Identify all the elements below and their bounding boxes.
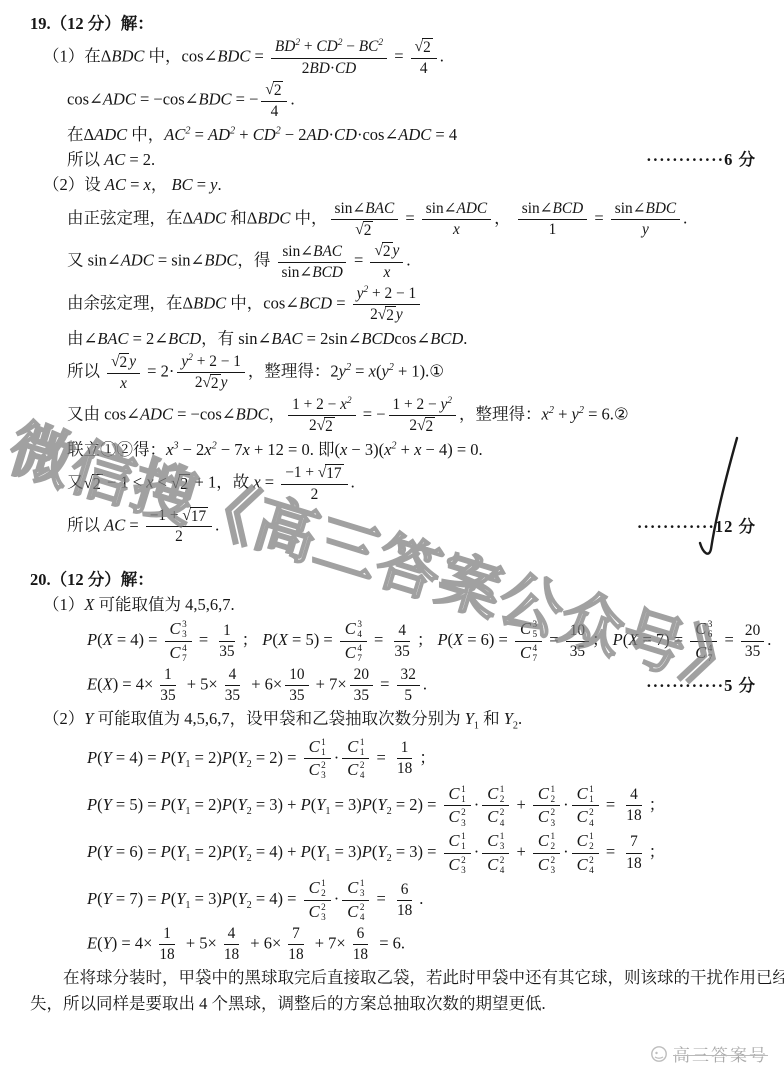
circle-logo-icon: [650, 1045, 668, 1063]
solution-line: （1）X 可能取值为 4,5,6,7.: [30, 594, 756, 616]
solution-line: cos∠ADC = −cos∠BDC = −√24.: [30, 81, 756, 121]
score-marker: ············12 分: [637, 516, 756, 538]
problem-header-line: 19.（12 分）解：: [30, 13, 756, 35]
solution-line: 又√2 − 1 < x < √2 + 1，故 x = −1 + √172.: [30, 464, 756, 504]
solution-line: 所以 √2yx = 2·y2 + 2 − 12√2y，整理得：2y2 = x(y…: [30, 353, 756, 393]
solution-line: P(Y = 6) = P(Y1 = 2)P(Y2 = 4) + P(Y1 = 3…: [30, 831, 756, 875]
solution-line: 失，所以同样是要取出 4 个黑球，调整后的方案总抽取次数的期望更低.: [30, 993, 756, 1015]
solution-line: P(Y = 5) = P(Y1 = 2)P(Y2 = 3) + P(Y1 = 3…: [30, 784, 756, 828]
solution-line: 由∠BAC = 2∠BCD，有 sin∠BAC = 2sin∠BCDcos∠BC…: [30, 328, 756, 350]
solution-line: （2）Y 可能取值为 4,5,6,7，设甲袋和乙袋抽取次数分别为 Y1 和 Y2…: [30, 708, 756, 733]
solution-line: 又 sin∠ADC = sin∠BDC，得 sin∠BACsin∠BCD = √…: [30, 242, 756, 282]
solution-line: P(Y = 7) = P(Y1 = 3)P(Y2 = 4) = C12C23·C…: [30, 878, 756, 922]
solution-line: （2）设 AC = x， BC = y.: [30, 174, 756, 196]
solution-line: 由正弦定理，在ΔADC 和ΔBDC 中，sin∠BAC√2 = sin∠ADCx…: [30, 200, 756, 240]
footer-watermark-text: 高三答案号: [673, 1041, 768, 1066]
solution-line: 又由 cos∠ADC = −cos∠BDC，1 + 2 − x22√2 = −1…: [30, 396, 756, 436]
solution-line: 所以 AC = 2.············6 分: [30, 149, 756, 171]
solution-line: 在ΔADC 中，AC2 = AD2 + CD2 − 2AD·CD·cos∠ADC…: [30, 124, 756, 146]
footer-watermark: 高三答案号: [650, 1041, 768, 1066]
solution-line: 在将球分装时，甲袋中的黑球取完后直接取乙袋，若此时甲袋中还有其它球，则该球的干扰…: [30, 967, 756, 989]
solution-line: （1）在ΔBDC 中，cos∠BDC = BD2 + CD2 − BC22BD·…: [30, 38, 756, 78]
solution-line: 所以 AC = −1 + √172.············12 分: [30, 507, 756, 547]
solution-line: E(X) = 4×135 + 5×435 + 6×1035 + 7×2035 =…: [30, 666, 756, 705]
score-marker: ············5 分: [646, 675, 756, 697]
score-marker: ············6 分: [646, 149, 756, 171]
problem-header-line: 20.（12 分）解：: [30, 569, 756, 591]
solution-line: 由余弦定理，在ΔBDC 中，cos∠BCD = y2 + 2 − 12√2y: [30, 285, 756, 325]
solution-line: P(Y = 4) = P(Y1 = 2)P(Y2 = 2) = C11C23·C…: [30, 737, 756, 781]
solution-line: P(X = 4) = C33C47 = 135； P(X = 5) = C34C…: [30, 619, 756, 663]
solution-line: 联立①②得：x3 − 2x2 − 7x + 12 = 0. 即(x − 3)(x…: [30, 439, 756, 461]
answer-sheet: 19.（12 分）解：（1）在ΔBDC 中，cos∠BDC = BD2 + CD…: [0, 0, 784, 1082]
solution-line: E(Y) = 4×118 + 5×418 + 6×718 + 7×618 = 6…: [30, 925, 756, 964]
document-body: 19.（12 分）解：（1）在ΔBDC 中，cos∠BDC = BD2 + CD…: [30, 13, 756, 1015]
